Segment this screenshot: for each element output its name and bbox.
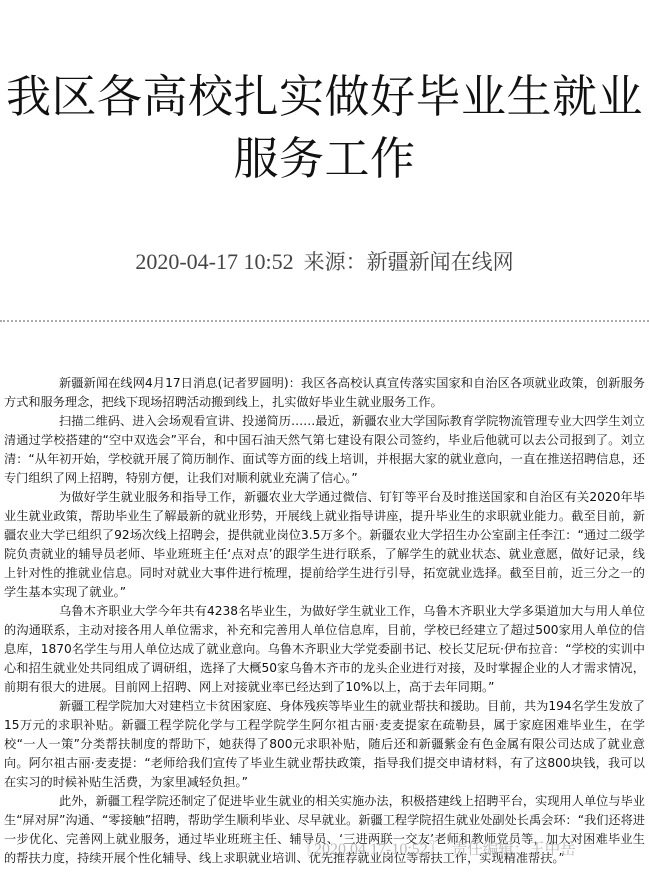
page-title: 我区各高校扎实做好毕业生就业服务工作 bbox=[0, 66, 649, 190]
divider bbox=[0, 320, 649, 322]
paragraph: 扫描二维码、进入会场观看宣讲、投递简历……最近，新疆农业大学国际教育学院物流管理… bbox=[4, 412, 645, 488]
article-footer: 〖2020.04.17-10:52〗责任编辑：王中岳 bbox=[298, 836, 576, 859]
publish-date: 2020-04-17 10:52 bbox=[135, 249, 293, 274]
editor-label: 责任编辑： bbox=[452, 840, 530, 858]
paragraph: 乌鲁木齐职业大学今年共有4238名毕业生，为做好学生就业工作，乌鲁木齐职业大学多… bbox=[4, 602, 645, 697]
source-label: 来源： bbox=[304, 250, 367, 274]
paragraph: 为做好学生就业服务和指导工作，新疆农业大学通过微信、钉钉等平台及时推送国家和自治… bbox=[4, 488, 645, 602]
paragraph: 新疆新闻在线网4月17日消息(记者罗圆明)：我区各高校认真宣传落实国家和自治区各… bbox=[4, 374, 645, 412]
source-name: 新疆新闻在线网 bbox=[367, 250, 514, 274]
footer-timestamp: 〖2020.04.17-10:52〗 bbox=[298, 841, 444, 858]
article-meta: 2020-04-17 10:52来源：新疆新闻在线网 bbox=[0, 246, 649, 276]
article-body: 新疆新闻在线网4月17日消息(记者罗圆明)：我区各高校认真宣传落实国家和自治区各… bbox=[0, 374, 649, 868]
editor-name: 王中岳 bbox=[529, 840, 576, 858]
paragraph: 新疆工程学院加大对建档立卡贫困家庭、身体残疾等毕业生的就业帮扶和援助。目前，共为… bbox=[4, 697, 645, 792]
